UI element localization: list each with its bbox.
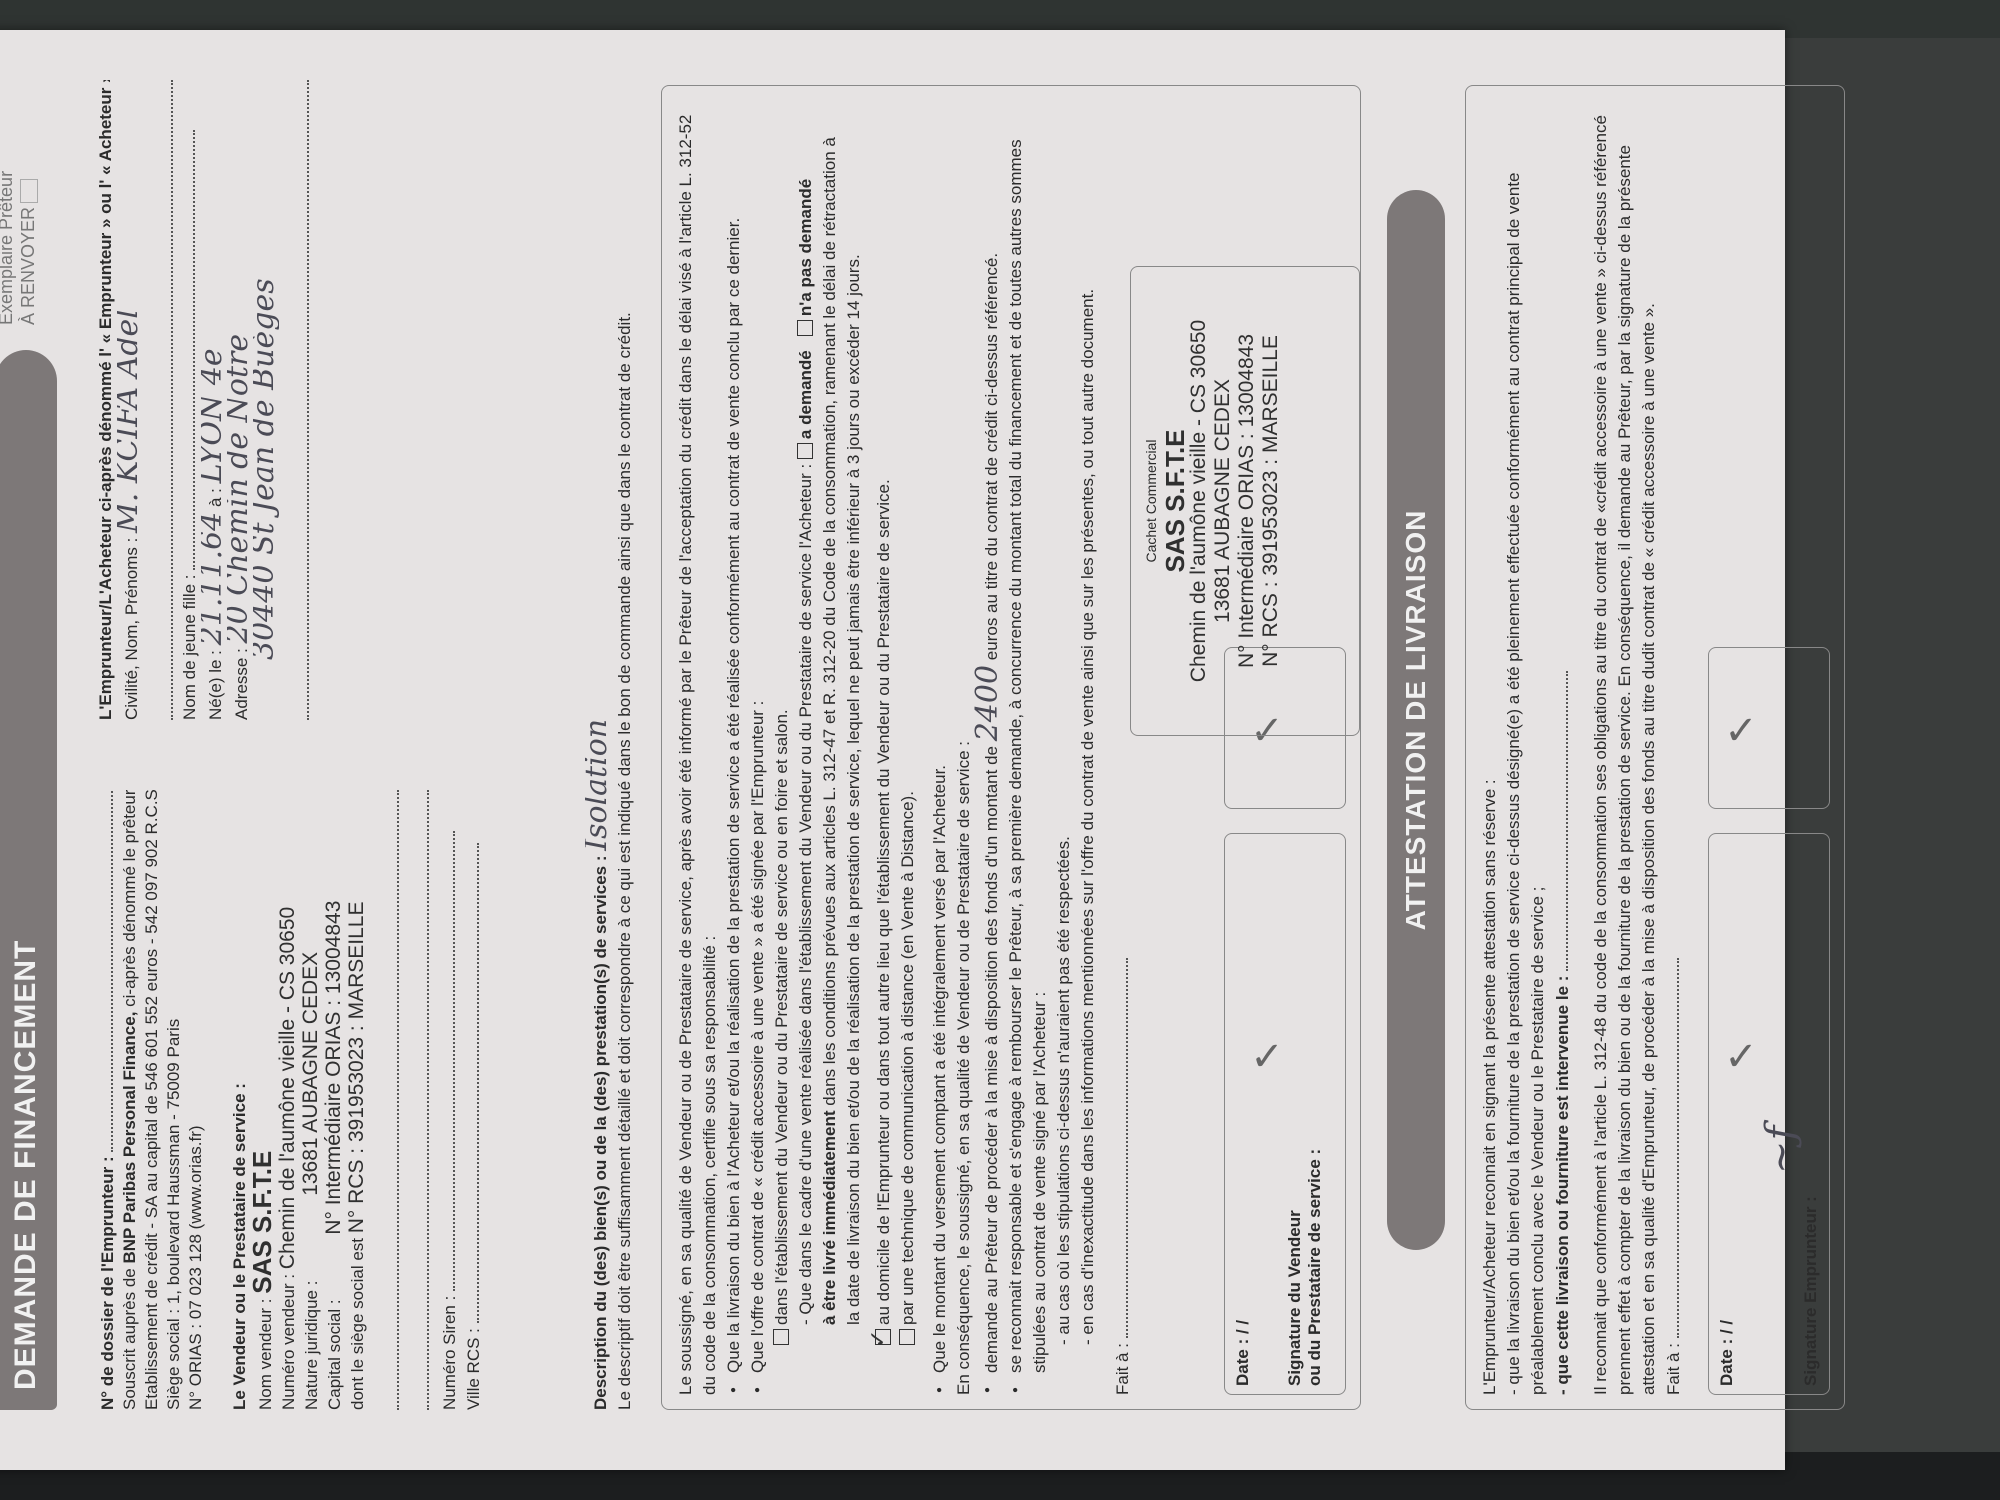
attestation-date-label: - que cette livraison ou fourniture est … (1553, 976, 1572, 1395)
attestation-title: ATTESTATION DE LIVRAISON (1387, 190, 1445, 1250)
birth-place-field[interactable]: LYON 4e (201, 348, 227, 483)
dossier-label: N° de dossier de l'Emprunteur : (98, 1156, 117, 1410)
description-field[interactable]: Isolation (585, 719, 613, 851)
checkbox-establishment[interactable] (773, 1329, 789, 1345)
lender-name: BNP Paribas Personal Finance, (120, 1012, 139, 1264)
vendor-name-field[interactable]: SAS S.F.T.E (251, 1151, 277, 1294)
delivery-attestation-box: L'Emprunteur/Acheteur reconnait en signa… (1465, 85, 1845, 1410)
subscribed-prefix: Souscrit auprès de (120, 1264, 139, 1410)
vendor-name-label: Nom vendeur : (256, 1299, 275, 1411)
description-heading: Description du (des) bien(s) ou de la (d… (591, 855, 610, 1410)
borrower-date-field[interactable]: / / (1717, 1320, 1736, 1334)
borrower-date-label: Date : (1717, 1339, 1736, 1386)
option-sub1: - Que dans le cadre d'une vente réalisée… (796, 464, 815, 1325)
stamp-city: 13681 AUBAGNE CEDEX (1211, 267, 1235, 735)
seat-label: dont le siège social est (348, 1238, 367, 1410)
borrower-name-label: Civilité, Nom, Prénoms : (122, 538, 141, 720)
cert-case-1: - au cas où les stipulations ci-dessus n… (1052, 100, 1076, 1395)
cert-case-2: - en cas d'inexactitude dans les informa… (1076, 100, 1100, 1395)
cert-delivery: Que la livraison du bien à l'Acheteur et… (722, 100, 746, 1395)
vendor-number-label: Numéro vendeur : (279, 1274, 298, 1410)
sign-here-arrow-icon: ✓ (1724, 719, 1758, 743)
cert-signed: Que l'offre de contrat de « crédit acces… (746, 100, 770, 1395)
cert-consequence: En conséquence, le soussigné, en sa qual… (952, 100, 976, 1395)
capital-label: Capital social : (325, 1299, 344, 1410)
copy-label-line2: À RENVOYER (18, 207, 38, 325)
attestation-delivery: - que la livraison du bien et/ou la four… (1502, 100, 1550, 1395)
borrower-signature-box[interactable]: Date : / / Signature Emprunteur : ✓ ~ƒ (1708, 833, 1830, 1395)
vendor-signature-box[interactable]: Date : / / Signature du Vendeurou du Pre… (1224, 833, 1346, 1395)
option-requested: a demandé (796, 350, 815, 439)
financing-form-sheet: 5089 RUYBACK VAT 2104 DEMANDE DE FINANCE… (0, 30, 1785, 1470)
checkbox-home-checked[interactable] (875, 1329, 891, 1345)
vendor-extra-line-2[interactable] (405, 790, 429, 1410)
birth-date-field[interactable]: 21.11.64 (201, 512, 227, 646)
commercial-stamp-box: Cachet Commercial SAS S.F.T.E Chemin de … (1130, 266, 1360, 736)
page-title: DEMANDE DE FINANCEMENT (0, 350, 57, 1410)
attestation-intro: L'Emprunteur/Acheteur reconnait en signa… (1478, 100, 1502, 1395)
vendor-sig-label-1: Signature du Vendeur (1285, 1149, 1305, 1386)
vendor-certification-box: Le soussigné, en sa qualité de Vendeur o… (661, 85, 1361, 1410)
lender-address: Siège social : 1, boulevard Haussman - 7… (163, 790, 185, 1410)
cert-responsibility: se reconnait responsable et s'engage à r… (1004, 100, 1052, 1395)
borrower-column: L'Emprunteur/L'Acheteur ci-après dénommé… (95, 80, 309, 720)
vendor-extra-line-1[interactable] (375, 790, 399, 1410)
option-home: au domicile de l'Emprunteur ou dans tout… (874, 479, 893, 1325)
option-not-requested: n'a pas demandé (796, 179, 815, 316)
attestation-date-field[interactable] (1550, 671, 1568, 971)
copy-label: Exemplaire Prêteur À RENVOYER (0, 171, 39, 325)
option-sub2-bold: à être livré immédiatement (820, 1111, 839, 1325)
borrower-name-line-2[interactable] (149, 80, 173, 720)
city-rcs-label: Ville RCS : (464, 1328, 483, 1410)
capital-field[interactable]: N° Intermédiaire ORIAS : 13004843 (323, 901, 345, 1295)
maiden-name-label: Nom de jeune fille : (180, 574, 199, 720)
maiden-name-field[interactable] (177, 130, 195, 570)
address-label: Adresse : (232, 648, 251, 720)
address-extra-line[interactable] (285, 80, 309, 720)
amount-field[interactable]: 2400 (970, 665, 1005, 741)
seat-field[interactable]: N° RCS : 391953023 : MARSEILLE (346, 902, 368, 1234)
vendor-date-label: Date : (1233, 1339, 1252, 1386)
sign-here-arrow-icon: ✓ (1250, 1045, 1284, 1069)
cert-payment: Que le montant du versement comptant a é… (928, 100, 952, 1395)
borrower-signature: ~ƒ (1769, 1126, 1793, 1174)
place-field[interactable] (1110, 958, 1128, 1338)
borrower-sign-area[interactable]: ✓ (1708, 647, 1830, 809)
dossier-field[interactable] (95, 790, 113, 1152)
place-label: Fait à : (1113, 1343, 1132, 1395)
checkbox-distance[interactable] (899, 1329, 915, 1345)
siren-field[interactable] (437, 831, 455, 1291)
option-distance: par une technique de communication à dis… (898, 791, 917, 1325)
option-establishment: dans l'établissement du Vendeur ou du Pr… (772, 709, 791, 1325)
borrower-sig-label: Signature Emprunteur : (1799, 1196, 1823, 1386)
certification-intro: Le soussigné, en sa qualité de Vendeur o… (674, 100, 722, 1395)
legal-form-label: Nature juridique : (302, 1281, 321, 1410)
attestation-place-field[interactable] (1661, 958, 1679, 1338)
birth-place-label: à : (206, 488, 225, 507)
option-sub3: la date de livraison du bien et/ou de la… (842, 100, 866, 1395)
description-section: Description du (des) bien(s) ou de la (d… (585, 85, 637, 1410)
lender-capital: Etablissement de crédit - SA au capital … (141, 790, 163, 1410)
vendor-date-field[interactable]: / / (1233, 1320, 1252, 1334)
borrower-name-field[interactable]: M. KCIFA Adel (117, 309, 143, 533)
stamp-rcs: N° RCS : 391953023 : MARSEILLE (1259, 267, 1283, 735)
stamp-name: SAS S.F.T.E (1163, 267, 1187, 735)
attestation-place-label: Fait à : (1664, 1343, 1683, 1395)
address-field-line2[interactable]: 30440 St Jean de Buèges (253, 278, 279, 660)
stamp-address: Chemin de l'aumône vieille - CS 30650 (1187, 267, 1211, 735)
description-note: Le descriptif doit être suffisamment dét… (613, 85, 637, 1410)
siren-label: Numéro Siren : (440, 1296, 459, 1410)
subscribed-suffix: ci-après dénommé le prêteur - (120, 790, 139, 1012)
address-field-line1[interactable]: 20 Chemin de Notre (227, 334, 253, 644)
vendor-number-field[interactable]: Chemin de l'aumône vieille - CS 30650 (277, 907, 299, 1269)
lender-vendor-column: N° de dossier de l'Emprunteur : Souscrit… (95, 790, 485, 1410)
borrower-heading: L'Emprunteur/L'Acheteur ci-après dénommé… (95, 80, 117, 720)
sign-here-arrow-icon: ✓ (1724, 1045, 1758, 1069)
checkbox-requested[interactable] (797, 443, 813, 459)
birth-date-label: Né(e) le : (206, 650, 225, 720)
lender-orias: N° ORIAS : 07 023 128 (www.orias.fr) (185, 790, 207, 1410)
city-rcs-field[interactable] (461, 843, 479, 1323)
checkbox-not-requested[interactable] (797, 320, 813, 336)
vendor-sig-label-2: ou du Prestataire de service : (1305, 1149, 1325, 1386)
option-sub2: dans les conditions prévues aux articles… (820, 137, 839, 1110)
copy-checkbox[interactable] (20, 179, 38, 203)
cert-funds-pre: demande au Prêteur de procéder à la mise… (982, 746, 1001, 1373)
legal-form-field[interactable]: 13681 AUBAGNE CEDEX (300, 952, 322, 1276)
stamp-orias: N° Intermédiaire ORIAS : 13004843 (1235, 267, 1259, 735)
attestation-acknowledgement: Il reconnait que conformément à l'articl… (1589, 100, 1661, 1395)
copy-label-line1: Exemplaire Prêteur (0, 171, 17, 325)
cert-funds-post: euros au titre du contrat de crédit ci-d… (982, 253, 1001, 660)
vendor-heading: Le Vendeur ou le Prestataire de service … (229, 790, 251, 1410)
